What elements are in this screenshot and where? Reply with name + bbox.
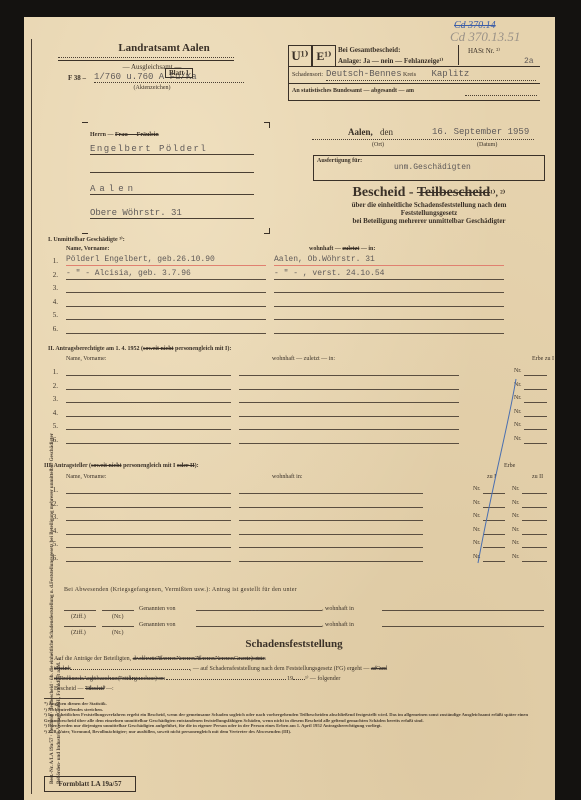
claimant-address-field[interactable] bbox=[239, 443, 459, 444]
applicant-address-field[interactable] bbox=[239, 561, 423, 562]
injured-name-field[interactable]: Pölderl Engelbert, geb.26.10.90 bbox=[66, 255, 266, 266]
form-sheet: Best.-Nr. A/LA 19a/57 · Bescheid · Teilb… bbox=[24, 17, 555, 800]
row-number: 5. bbox=[46, 311, 58, 319]
schadensort-label: Schadensort: bbox=[292, 72, 323, 78]
heir-nr-field[interactable] bbox=[524, 375, 547, 376]
heir-nr-field[interactable] bbox=[524, 389, 547, 390]
schadensort-value: Deutsch-Bennes bbox=[326, 69, 402, 79]
footnote-2: ²) Im einheitlichen Feststellungsverfahr… bbox=[44, 712, 538, 723]
footnotes: *) Angaben dienen der Statistik. ¹) Nich… bbox=[44, 701, 538, 735]
row-number: 3. bbox=[46, 513, 58, 521]
statistik-date-field[interactable] bbox=[465, 95, 537, 96]
applicant-address-field[interactable] bbox=[239, 493, 423, 494]
addressee-city[interactable]: Aalen bbox=[90, 184, 254, 195]
injured-address-field[interactable] bbox=[274, 282, 504, 293]
absent-nr-2[interactable] bbox=[102, 626, 134, 627]
hast-divider bbox=[458, 45, 459, 65]
addressee-name[interactable]: Engelbert Pölderl bbox=[90, 144, 254, 155]
det-p4-end: —: bbox=[106, 686, 114, 692]
row-number: 4. bbox=[46, 298, 58, 306]
s2-heading-end: personengleich mit I): bbox=[174, 346, 232, 352]
salutation-struck: Frau — Fräulein bbox=[115, 132, 159, 138]
claimant-address-field[interactable] bbox=[239, 402, 459, 403]
statistik-label: An statistisches Bundesamt — abgesandt —… bbox=[292, 88, 414, 94]
applicant-name-field[interactable] bbox=[66, 561, 231, 562]
absent-nr-label-1: (Nr.) bbox=[112, 614, 124, 620]
determination-line-3: des Beschlusses des Ausgleichsausschusse… bbox=[54, 674, 544, 684]
row-number: 2. bbox=[46, 500, 58, 508]
addressee-street[interactable]: Obere Wöhrstr. 31 bbox=[90, 208, 254, 219]
det-p2-struck-end: auf Grund bbox=[371, 666, 387, 672]
sub-office: — Ausgleichsamt — bbox=[64, 63, 240, 71]
claimant-address-field[interactable] bbox=[239, 429, 459, 430]
det-date-field[interactable] bbox=[166, 679, 286, 680]
row-number: 4. bbox=[46, 409, 58, 417]
determination-line-1: Auf die Anträge der Beteiligten, als wel… bbox=[54, 654, 544, 664]
hast-value[interactable]: 2a bbox=[524, 57, 534, 66]
absent-nr-label-2: (Nr.) bbox=[112, 630, 124, 636]
date-rule bbox=[312, 139, 534, 140]
file-number-label: (Aktenzeichen) bbox=[64, 85, 240, 91]
det-p3-end: ¹⁾ — folgender bbox=[305, 676, 340, 682]
injured-address-field[interactable]: Aalen, Ob.Wöhrstr. 31 bbox=[274, 255, 504, 266]
row-number: 6. bbox=[46, 436, 58, 444]
ausfertigung-label: Ausfertigung für: bbox=[317, 158, 362, 164]
salutation: Herrn — Frau — Fräulein bbox=[90, 132, 159, 138]
ausfertigung-value[interactable]: unm.Geschädigten bbox=[394, 163, 471, 172]
title-line-3: bei Beteiligung mehrerer unmittelbar Ges… bbox=[294, 217, 564, 225]
injured-name-field[interactable] bbox=[66, 282, 266, 293]
applicant-address-field[interactable] bbox=[239, 507, 423, 508]
determination-text: Auf die Anträge der Beteiligten, als wel… bbox=[54, 654, 544, 694]
section3-col-heir-2: zu II bbox=[532, 474, 543, 480]
row-number: 5. bbox=[46, 422, 58, 430]
absent-von-field-1[interactable]: --- bbox=[196, 610, 322, 611]
section1-heading: I. Unmittelbar Geschädigte ³⁾: bbox=[48, 236, 125, 243]
section2-col-heir: Erbe zu I bbox=[532, 356, 554, 362]
admin-box: U¹⁾ E¹⁾ Bei Gesamtbescheid: Anlage: Ja —… bbox=[288, 45, 540, 100]
row-number: 1. bbox=[46, 257, 58, 265]
heir2-nr-field[interactable] bbox=[522, 507, 547, 508]
absent-ziff-1[interactable] bbox=[64, 610, 96, 611]
col-addr-in: — in: bbox=[361, 246, 376, 252]
header-rule bbox=[58, 57, 234, 61]
s3-heading-struck: soweit nicht bbox=[91, 463, 122, 469]
heir-nr-field[interactable] bbox=[524, 429, 547, 430]
injured-address-field[interactable] bbox=[274, 323, 504, 334]
anlage-label: Anlage: Ja — nein — Fehlanzeige¹⁾ bbox=[338, 56, 443, 65]
applicant-name-field[interactable] bbox=[66, 520, 231, 521]
date-label: (Datum) bbox=[477, 142, 497, 148]
s2-heading-start: II. Antragsberechtigte am 1. 4. 1952 ( bbox=[48, 346, 143, 352]
section2-col-name: Name, Vorname: bbox=[66, 356, 106, 362]
absent-wohnhaft-1: , wohnhaft in bbox=[322, 606, 354, 612]
address-window: Herrn — Frau — Fräulein Engelbert Pölder… bbox=[82, 122, 270, 234]
heir2-nr-field[interactable] bbox=[522, 547, 547, 548]
row-number: 3. bbox=[46, 395, 58, 403]
handwritten-ref-2: Cd 370.13.51 bbox=[450, 29, 520, 45]
injured-name-field[interactable] bbox=[66, 296, 266, 307]
footnote-4: ⁴) Z. B. Vater, Vormund, Bevollmächtigte… bbox=[44, 729, 538, 735]
det-vertreten-field[interactable] bbox=[70, 669, 190, 670]
applicant-address-field[interactable] bbox=[239, 547, 423, 548]
corner-tl bbox=[82, 122, 88, 123]
place-label: (Ort) bbox=[372, 142, 384, 148]
claimant-address-field[interactable] bbox=[239, 416, 459, 417]
injured-name-field[interactable]: - " - Alcisia, geb. 3.7.96 bbox=[66, 269, 266, 280]
claimant-name-field[interactable] bbox=[66, 402, 231, 403]
e-checkbox[interactable]: E¹⁾ bbox=[312, 45, 336, 67]
office-name: Landratsamt Aalen bbox=[64, 42, 264, 54]
row-number: 6. bbox=[46, 325, 58, 333]
absent-ziff-2[interactable] bbox=[64, 626, 96, 627]
blue-pen-strike bbox=[464, 377, 524, 567]
absent-wohnhaft-field-2[interactable] bbox=[382, 626, 544, 627]
s3-heading-end: ): bbox=[195, 463, 199, 469]
heir2-nr-field[interactable] bbox=[522, 493, 547, 494]
corner-tr bbox=[264, 122, 270, 128]
row-number: 1. bbox=[46, 368, 58, 376]
det-p4: Bescheid — bbox=[54, 686, 84, 692]
heir-nr-label: Nr. bbox=[514, 368, 522, 374]
absent-von-field-2[interactable] bbox=[196, 626, 322, 627]
det-p4-struck: Teilbescheid¹⁾ bbox=[85, 686, 105, 692]
row-number: 2. bbox=[46, 271, 58, 279]
injured-address-field[interactable]: - " - , verst. 24.1o.54 bbox=[274, 269, 504, 280]
admin-rule-1 bbox=[288, 66, 540, 67]
corner-bl bbox=[82, 233, 88, 234]
absent-genannten-2: Genannten von bbox=[139, 622, 176, 628]
date-value[interactable]: 16. September 1959 bbox=[432, 127, 529, 137]
title-sup: ¹⁾, ²⁾ bbox=[490, 188, 505, 198]
det-p2: , — auf Schadensfeststellung nach dem Fe… bbox=[190, 666, 370, 672]
applicant-name-field[interactable] bbox=[66, 547, 231, 548]
row-number: 4. bbox=[46, 527, 58, 535]
applicant-name-field[interactable] bbox=[66, 493, 231, 494]
admin-left-edge bbox=[288, 65, 289, 101]
claimant-address-field[interactable] bbox=[239, 375, 459, 376]
heir2-nr-field[interactable] bbox=[522, 534, 547, 535]
gesamt-label: Bei Gesamtbescheid: bbox=[338, 46, 400, 54]
claimant-name-field[interactable] bbox=[66, 389, 231, 390]
section3-col-addr: wohnhaft in: bbox=[272, 474, 303, 480]
claimant-name-field[interactable] bbox=[66, 375, 231, 376]
admin-rule-3 bbox=[288, 100, 540, 101]
row-number: 5. bbox=[46, 540, 58, 548]
section3-col-name: Name, Vorname: bbox=[66, 474, 106, 480]
applicant-name-field[interactable] bbox=[66, 507, 231, 508]
absent-nr-1[interactable] bbox=[102, 610, 134, 611]
claimant-address-field[interactable] bbox=[239, 389, 459, 390]
row-number: 1. bbox=[46, 486, 58, 494]
absent-von-value-1: --- bbox=[250, 607, 261, 614]
left-margin-rule bbox=[31, 39, 32, 794]
applicant-address-field[interactable] bbox=[239, 520, 423, 521]
sheet-badge: Blatt 1 bbox=[165, 68, 193, 78]
section1-col-addr: wohnhaft — zuletzt — in: bbox=[309, 246, 375, 252]
det-p3-struck: des Beschlusses des Ausgleichsausschusse… bbox=[54, 676, 164, 682]
section3-heading: III. Antragsteller (soweit nicht persone… bbox=[44, 463, 199, 469]
s3-heading-mid: personengleich mit I bbox=[122, 463, 177, 469]
section2-heading: II. Antragsberechtigte am 1. 4. 1952 (so… bbox=[48, 346, 231, 352]
s3-heading-start: III. Antragsteller ( bbox=[44, 463, 91, 469]
place: Aalen, bbox=[348, 127, 373, 137]
addressee-line-2[interactable] bbox=[90, 172, 254, 173]
determination-line-2: tonts durch, — auf Schadensfeststellung … bbox=[54, 664, 544, 674]
ausfertigung-box: Ausfertigung für: unm.Geschädigten bbox=[313, 155, 545, 181]
claimant-name-field[interactable] bbox=[66, 416, 231, 417]
hast-label: HASt Nr. ²⁾ bbox=[468, 47, 500, 55]
heir-nr-field[interactable] bbox=[524, 416, 547, 417]
applicant-address-field[interactable] bbox=[239, 534, 423, 535]
absent-ziff-label-2: (Ziff.) bbox=[71, 630, 86, 636]
applicant-name-field[interactable] bbox=[66, 534, 231, 535]
den-label: den bbox=[380, 127, 393, 137]
det-year-field[interactable] bbox=[293, 679, 305, 680]
heir-nr-field[interactable] bbox=[524, 402, 547, 403]
injured-address-field[interactable] bbox=[274, 296, 504, 307]
document-title: Bescheid - Teilbescheid¹⁾, ²⁾ über die e… bbox=[294, 185, 564, 225]
corner-br bbox=[264, 228, 270, 234]
title-teilbescheid: Teilbescheid bbox=[417, 185, 490, 200]
title-bescheid: Bescheid - bbox=[353, 185, 417, 200]
col-addr-wohnhaft: wohnhaft — bbox=[309, 246, 341, 252]
heir-nr-field[interactable] bbox=[524, 443, 547, 444]
section1-col-name: Name, Vorname: bbox=[66, 246, 109, 252]
injured-name-field[interactable] bbox=[66, 309, 266, 320]
s3-heading-struck2: oder II bbox=[177, 463, 195, 469]
file-prefix: F 38 – bbox=[68, 74, 86, 82]
col-addr-zuletzt: zuletzt bbox=[342, 246, 359, 252]
det-p1-struck: als welche unter Ziff. xmxmx Nr. xmxmx Z… bbox=[133, 656, 265, 662]
title-line-2: Feststellungsgesetz bbox=[294, 209, 564, 217]
section2-col-addr: wohnhaft — zuletzt — in: bbox=[272, 356, 335, 362]
claimant-name-field[interactable] bbox=[66, 429, 231, 430]
title-line-1: über die einheitliche Schadensfeststellu… bbox=[294, 201, 564, 209]
absent-intro: Bei Abwesenden (Kriegsgefangenen, Vermiß… bbox=[64, 587, 297, 593]
absent-wohnhaft-2: , wohnhaft in bbox=[322, 622, 354, 628]
det-p1: Auf die Anträge der Beteiligten, bbox=[54, 656, 131, 662]
heir2-nr-field[interactable] bbox=[522, 561, 547, 562]
salutation-herrn: Herrn — bbox=[90, 132, 114, 138]
kreis-value: Kaplitz bbox=[431, 69, 469, 79]
title-main: Bescheid - Teilbescheid¹⁾, ²⁾ bbox=[294, 185, 564, 201]
form-id-badge: Formblatt LA 19a/57 bbox=[44, 776, 136, 792]
absent-genannten-1: Genannten von bbox=[139, 606, 176, 612]
row-number: 3. bbox=[46, 284, 58, 292]
footnote-rule bbox=[44, 698, 84, 699]
absent-wohnhaft-field-1[interactable] bbox=[382, 610, 544, 611]
determination-heading: Schadensfeststellung bbox=[44, 638, 544, 650]
u-checkbox[interactable]: U¹⁾ bbox=[288, 45, 312, 67]
absent-ziff-label-1: (Ziff.) bbox=[71, 614, 86, 620]
injured-address-field[interactable] bbox=[274, 309, 504, 320]
admin-rule-2 bbox=[288, 83, 540, 84]
row-number: 2. bbox=[46, 382, 58, 390]
kreis-label: Kreis bbox=[403, 72, 416, 78]
row-number: 6. bbox=[46, 554, 58, 562]
claimant-name-field[interactable] bbox=[66, 443, 231, 444]
determination-line-4: Bescheid — Teilbescheid¹⁾ —: bbox=[54, 684, 544, 694]
injured-name-field[interactable] bbox=[66, 323, 266, 334]
schadensort-field[interactable]: Deutsch-Bennes Kreis Kaplitz bbox=[326, 69, 536, 81]
s2-heading-struck: soweit nicht bbox=[143, 346, 174, 352]
det-p2-struck: tonts durch bbox=[54, 666, 70, 672]
heir2-nr-field[interactable] bbox=[522, 520, 547, 521]
